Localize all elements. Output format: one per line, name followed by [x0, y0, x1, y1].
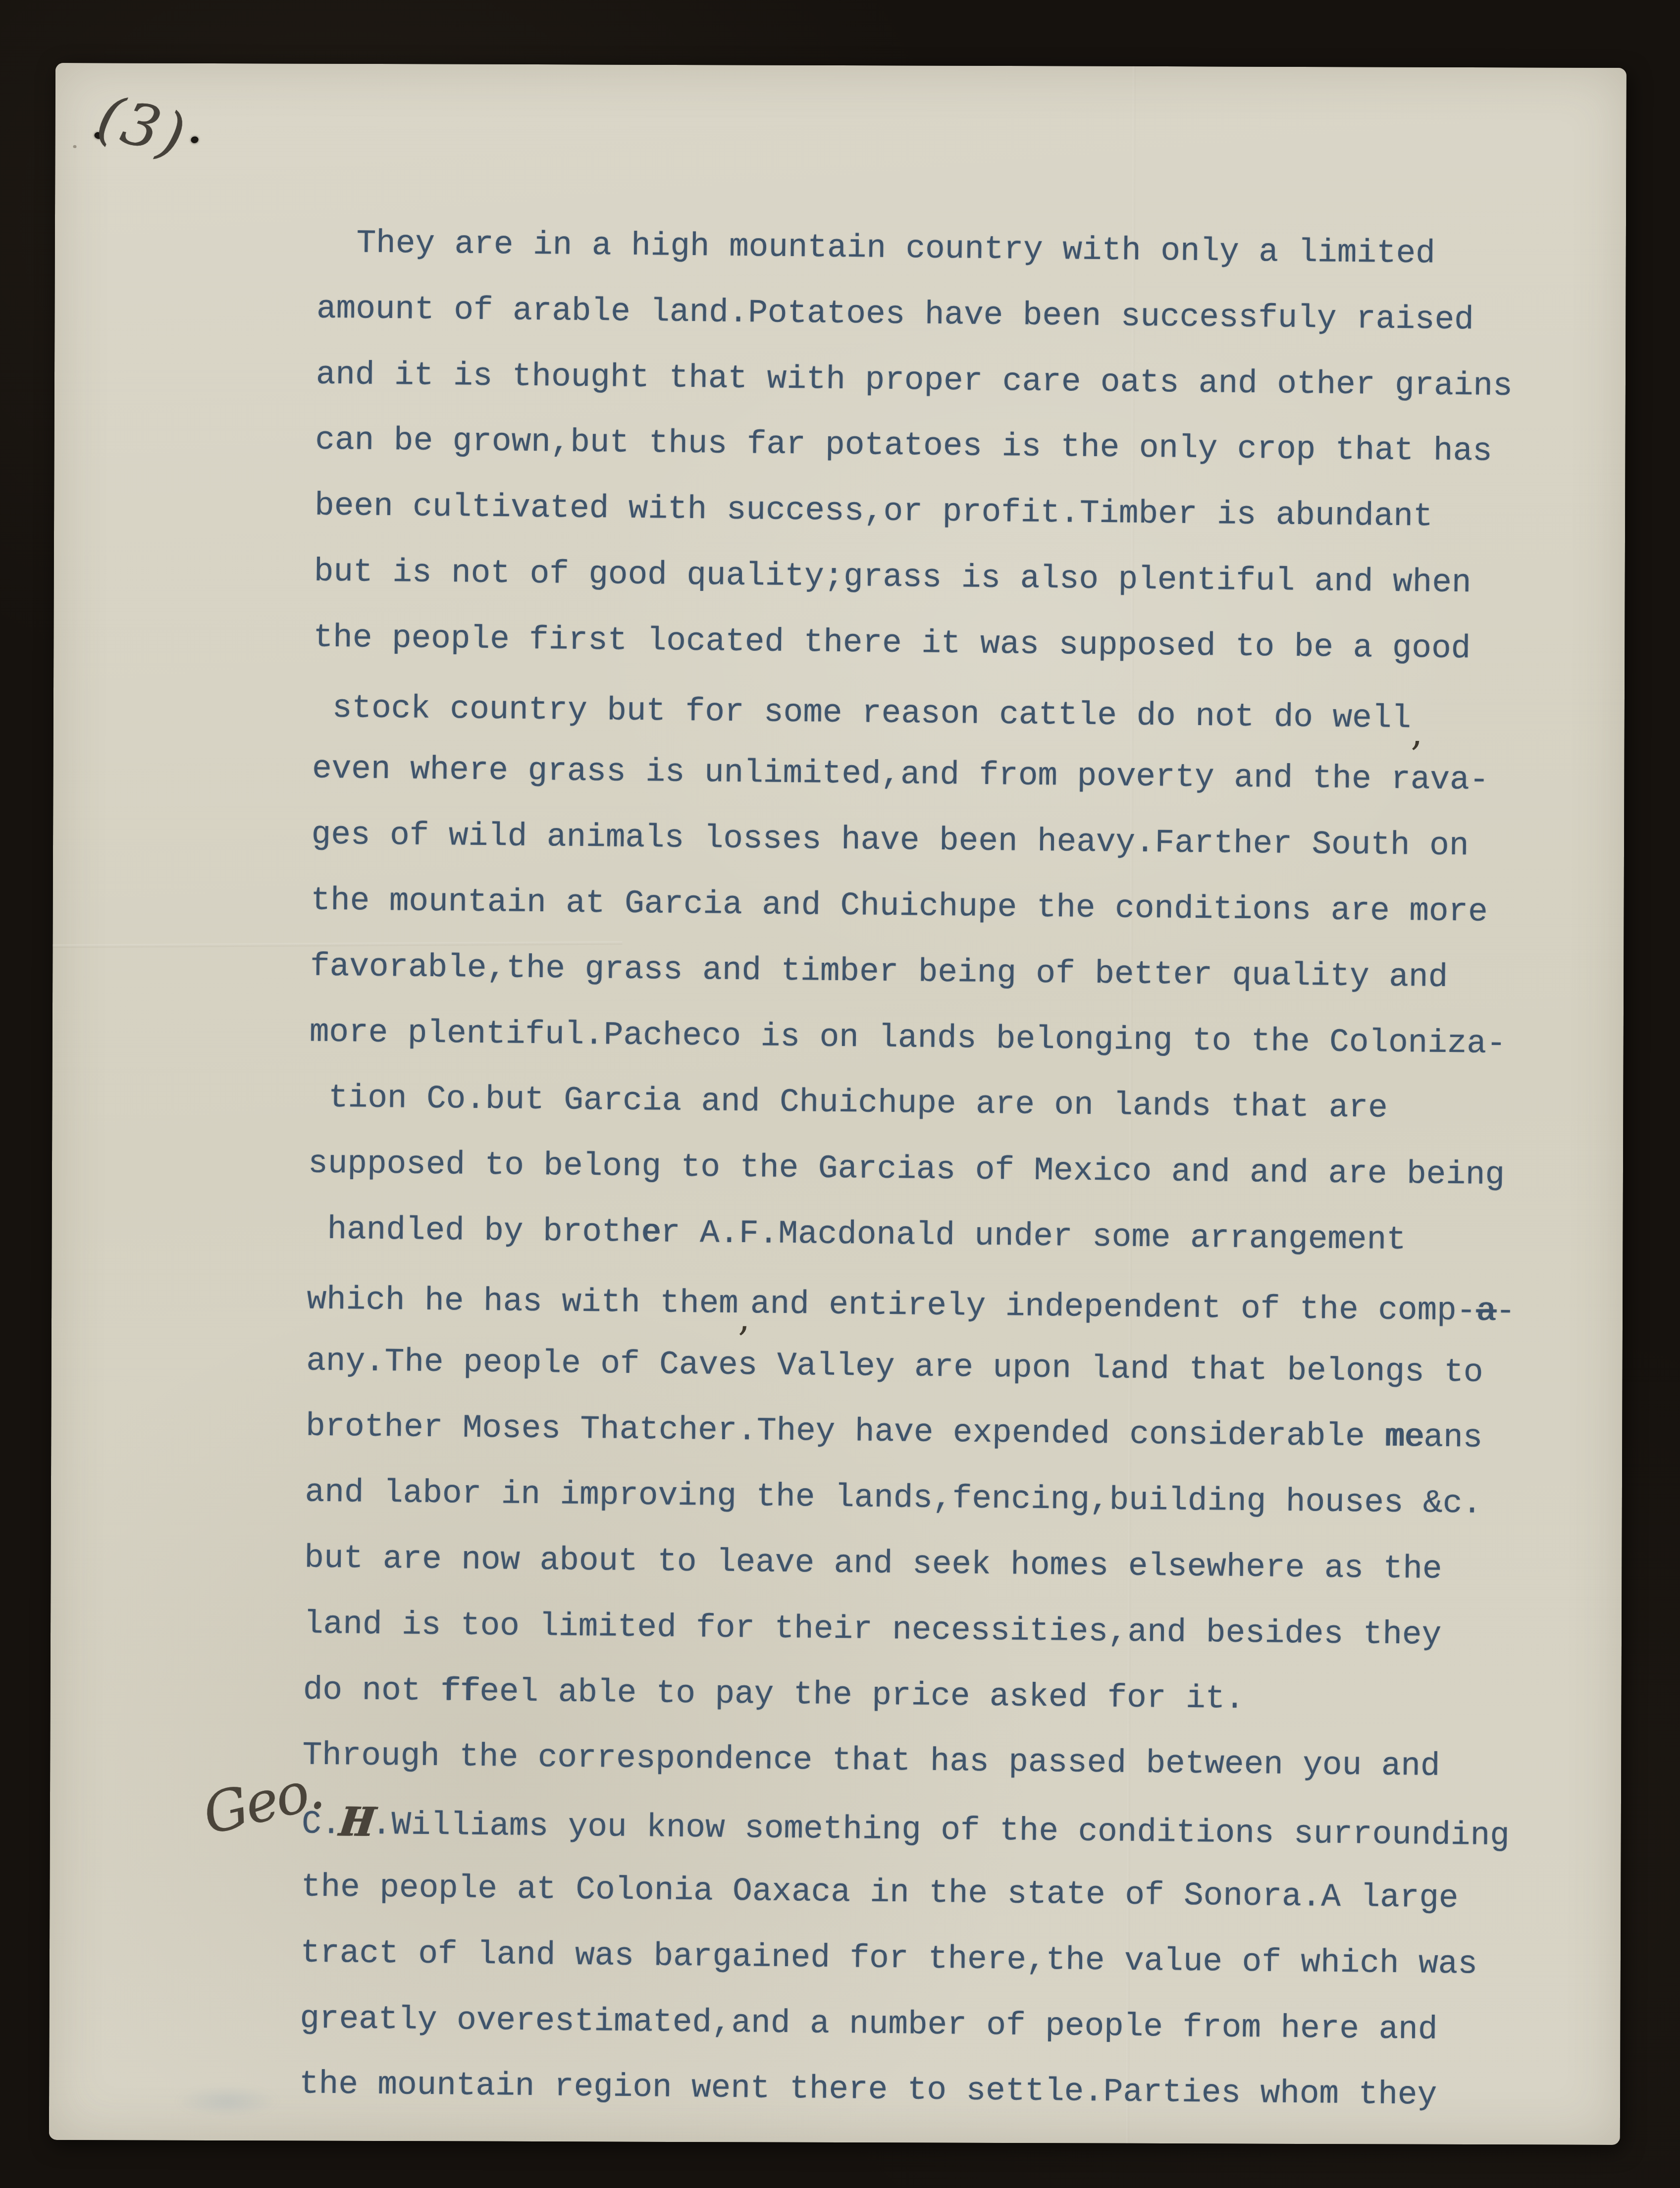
- typed-text: but are now about to leave and seek home…: [304, 1539, 1442, 1587]
- typed-text: amount of arable land.Potatoes have been…: [316, 290, 1474, 338]
- typed-line: the people at Colonia Oaxaca in the stat…: [301, 1854, 1569, 1932]
- typed-line: stock country but for some reason cattle…: [313, 671, 1581, 749]
- typed-text: handled by broth: [308, 1211, 641, 1251]
- struck-out-letter: a: [1476, 1292, 1496, 1329]
- typed-text: been cultivated with success,or profit.T…: [315, 487, 1433, 535]
- typed-line: which he has with them,and entirely inde…: [307, 1262, 1575, 1341]
- typed-line: handled by brother A.F.Macdonald under s…: [307, 1197, 1575, 1275]
- typed-text: and labor in improving the lands,fencing…: [305, 1474, 1482, 1522]
- typed-line: any.The people of Caves Valley are upon …: [306, 1328, 1575, 1407]
- document-scan: (3) Geo. They are in a high mountain cou…: [0, 0, 1680, 2188]
- typed-line: C.H.Williams you know something of the c…: [302, 1789, 1570, 1867]
- typed-line: and labor in improving the lands,fencing…: [305, 1460, 1573, 1538]
- typed-line: ges of wild animals losses have been hea…: [311, 802, 1579, 881]
- typed-line: more plentiful.Pacheco is on lands belon…: [309, 999, 1577, 1078]
- typed-text: brother Moses Thatcher.They have expende…: [306, 1408, 1385, 1456]
- pin-hole: [190, 136, 199, 144]
- typed-line: do not ffeel able to pay the price asked…: [303, 1657, 1571, 1735]
- typed-line: been cultivated with success,or profit.T…: [315, 473, 1583, 552]
- typed-text: which he has with them: [307, 1281, 738, 1322]
- typed-text: even where grass is unlimited,and from p…: [312, 750, 1489, 799]
- typed-text: .Williams you know something of the cond…: [371, 1806, 1510, 1854]
- typed-text: tion Co.but Garcia and Chuichupe are on …: [309, 1079, 1388, 1127]
- typed-text: the mountain at Garcia and Chuichupe the…: [311, 882, 1488, 931]
- typed-line: amount of arable land.Potatoes have been…: [316, 276, 1584, 354]
- typed-line: tion Co.but Garcia and Chuichupe are on …: [309, 1065, 1577, 1144]
- typed-text: the people first located there it was su…: [313, 619, 1470, 667]
- typed-text: stock country but for some reason cattle…: [313, 689, 1412, 737]
- overstruck-text: ff: [440, 1672, 480, 1710]
- typed-text: supposed to belong to the Garcias of Mex…: [308, 1145, 1505, 1194]
- typed-line: the people first located there it was su…: [313, 605, 1581, 683]
- typed-line: even where grass is unlimited,and from p…: [312, 736, 1580, 815]
- typed-text: tract of land was bargained for there,th…: [300, 1934, 1477, 1982]
- typed-text: r A.F.Macdonald under some arrangement: [660, 1214, 1406, 1258]
- typed-text: the people at Colonia Oaxaca in the stat…: [301, 1868, 1459, 1917]
- letter-page: (3) Geo. They are in a high mountain cou…: [49, 63, 1627, 2145]
- typed-text: but is not of good quality;grass is also…: [314, 553, 1471, 602]
- typed-text: more plentiful.Pacheco is on lands belon…: [309, 1013, 1506, 1062]
- typed-line: tract of land was bargained for there,th…: [300, 1920, 1569, 1998]
- typed-line: favorable,the grass and timber being of …: [310, 934, 1578, 1012]
- ink-smudge: [153, 2079, 302, 2124]
- typed-line: Through the correspondence that has pass…: [302, 1723, 1571, 1801]
- typed-line: the mountain region went there to settle…: [299, 2052, 1567, 2130]
- typed-text: can be grown,but thus far potatoes is th…: [315, 421, 1492, 470]
- typed-line: and it is thought that with proper care …: [315, 342, 1584, 420]
- typed-line: They are in a high mountain country with…: [317, 210, 1585, 289]
- overstruck-text: me: [1384, 1418, 1424, 1456]
- handwritten-comma: ,: [738, 1296, 750, 1339]
- typed-text: and it is thought that with proper care …: [315, 356, 1513, 405]
- handwritten-page-number: (3): [91, 82, 194, 170]
- typed-line: greatly overestimated,and a number of pe…: [300, 1986, 1568, 2064]
- typed-line: supposed to belong to the Garcias of Mex…: [308, 1131, 1576, 1209]
- typed-line: brother Moses Thatcher.They have expende…: [305, 1394, 1574, 1472]
- typed-text: ans: [1423, 1419, 1483, 1457]
- typed-line: the mountain at Garcia and Chuichupe the…: [311, 868, 1579, 946]
- typed-text: ges of wild animals losses have been hea…: [311, 816, 1469, 865]
- typed-text: greatly overestimated,and a number of pe…: [300, 2000, 1438, 2048]
- typed-text: and entirely independent of the comp-: [750, 1285, 1476, 1329]
- typed-text: the mountain region went there to settle…: [299, 2066, 1437, 2114]
- handwritten-comma: ,: [1411, 710, 1423, 754]
- typed-line: land is too limited for their necessitie…: [304, 1591, 1572, 1669]
- paper-speck: [73, 145, 76, 148]
- typed-text: eel able to pay the price asked for it.: [479, 1673, 1245, 1718]
- typed-text: -: [1496, 1293, 1516, 1330]
- typed-text: do not: [303, 1671, 441, 1710]
- typed-line: but are now about to leave and seek home…: [304, 1525, 1573, 1604]
- typed-text: They are in a high mountain country with…: [317, 224, 1435, 272]
- typed-text: favorable,the grass and timber being of …: [310, 947, 1448, 995]
- typed-text: land is too limited for their necessitie…: [304, 1605, 1442, 1653]
- typed-lines: Geo. They are in a high mountain country…: [299, 210, 1585, 2130]
- typed-text: any.The people of Caves Valley are upon …: [306, 1342, 1483, 1391]
- typed-line: can be grown,but thus far potatoes is th…: [315, 408, 1583, 486]
- typed-text: Through the correspondence that has pass…: [302, 1737, 1440, 1785]
- overstruck-text: e: [641, 1214, 661, 1251]
- typed-line: but is not of good quality;grass is also…: [314, 539, 1582, 618]
